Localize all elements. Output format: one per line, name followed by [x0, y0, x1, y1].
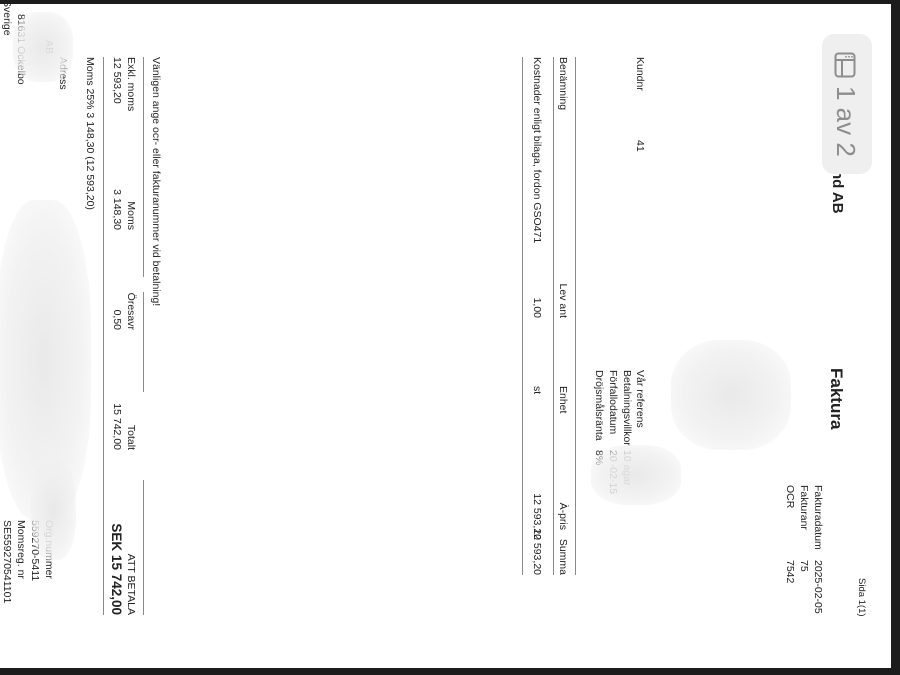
amount-to-pay: SEK 15 742,00 [109, 495, 124, 615]
totals-header-total: Totalt [125, 390, 137, 450]
redacted-region [31, 460, 76, 560]
page-indicator[interactable]: 1 av 2 [822, 34, 872, 174]
customer-number-value: 41 [634, 140, 646, 152]
payment-note: Vänligen ange ocr- eller fakturanummer v… [150, 57, 162, 306]
meta-label-invoice-no: Fakturanr [798, 485, 810, 530]
totals-header-vat: Moms [125, 170, 137, 230]
meta-value-date: 2025-02-05 [812, 560, 824, 614]
terms-label-interest: Dröjsmålsränta [593, 370, 605, 441]
totals-top-rule [143, 480, 144, 615]
company-name: nd AB [829, 170, 845, 214]
meta-value-invoice-no: 75 [798, 560, 810, 572]
terms-label-due-date: Förfallodatum [607, 370, 619, 434]
col-header-description: Benämning [557, 57, 569, 110]
table-top-rule [575, 57, 576, 575]
customer-number-label: Kundnr [634, 57, 646, 91]
redacted-region [591, 445, 681, 505]
meta-value-ocr: 7542 [784, 560, 796, 583]
document-viewer: nd AB Faktura Sida 1(1) Fakturadatum 202… [0, 0, 900, 675]
totals-top-rule [143, 292, 144, 392]
totals-value-rounding: 0,50 [111, 270, 123, 330]
redacted-region [13, 12, 73, 82]
table-bottom-rule [522, 57, 523, 575]
address-country: Sverige [1, 4, 13, 36]
row-unit: st [531, 386, 543, 394]
row-description: Kostnader enligt bilaga, fordon GSO471 [531, 57, 543, 243]
totals-header-excl: Exkl. moms [125, 57, 137, 111]
totals-value-excl: 12 593,20 [111, 57, 123, 104]
redacted-region [671, 340, 791, 450]
invoice-title: Faktura [827, 368, 845, 429]
totals-value-vat: 3 148,30 [111, 170, 123, 230]
invoice-page: nd AB Faktura Sida 1(1) Fakturadatum 202… [0, 4, 891, 668]
vat-number-label: Momsreg. nr [15, 520, 27, 579]
page-indicator-label: 1 av 2 [832, 86, 860, 157]
totals-bottom-rule [103, 57, 104, 615]
row-qty: 1,00 [531, 258, 543, 318]
vat-number: SE559270541101 [1, 520, 13, 603]
col-header-sum: Summa [557, 520, 569, 575]
row-sum: 12 593,20 [531, 500, 543, 575]
page-icon [834, 52, 856, 78]
meta-label-date: Fakturadatum [812, 485, 824, 550]
col-header-unit: Enhet [557, 386, 569, 413]
terms-label-payment: Betalningsvillkor [621, 370, 633, 446]
totals-header-to-pay: ATT BETALA [125, 520, 137, 615]
col-header-qty: Lev ant [557, 268, 569, 318]
vat-summary: Moms 25% 3 148,30 (12 593,20) [84, 57, 96, 210]
page-label: Sida 1(1) [855, 578, 867, 617]
totals-top-rule [143, 57, 144, 277]
totals-header-rounding: Öresavr [125, 270, 137, 330]
document-page-frame[interactable]: nd AB Faktura Sida 1(1) Fakturadatum 202… [0, 4, 891, 668]
meta-label-ocr: OCR [784, 485, 796, 508]
terms-label-reference: Vår referens [634, 370, 646, 428]
totals-value-total: 15 742,00 [111, 370, 123, 450]
table-header-rule [553, 57, 554, 575]
